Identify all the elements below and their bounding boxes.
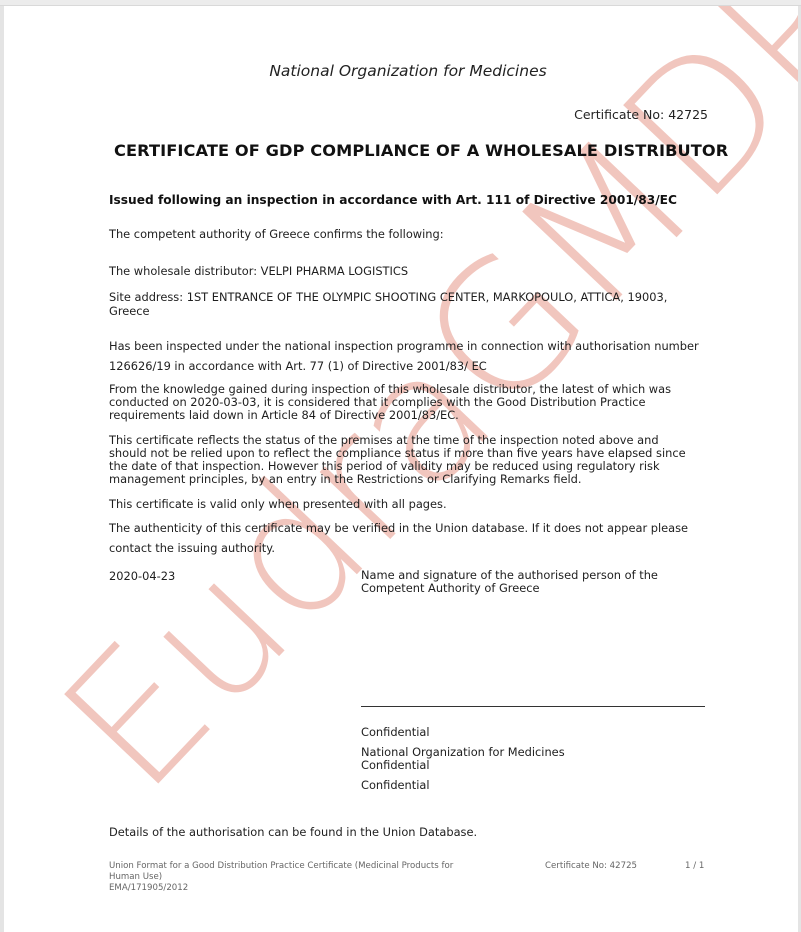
reflects-line-4: management principles, by an entry in th… (109, 472, 582, 486)
signature-confidential-1: Confidential (361, 725, 430, 739)
footer-page-number: 1 / 1 (685, 861, 704, 871)
site-address-line-2: Greece (109, 304, 150, 318)
signature-caption-line-2: Competent Authority of Greece (361, 581, 540, 595)
reflects-line-1: This certificate reflects the status of … (109, 433, 659, 447)
reflects-line-3: the date of that inspection. However thi… (109, 459, 660, 473)
authenticity-line-1: The authenticity of this certificate may… (109, 521, 688, 535)
knowledge-line-1: From the knowledge gained during inspect… (109, 382, 671, 396)
site-address-line-1: Site address: 1ST ENTRANCE OF THE OLYMPI… (109, 290, 667, 304)
footer-format-line-2: Human Use) (109, 872, 162, 882)
certificate-number: Certificate No: 42725 (574, 107, 708, 122)
footer-certificate-number: Certificate No: 42725 (545, 861, 637, 871)
reflects-line-2: should not be relied upon to reflect the… (109, 446, 686, 460)
wholesale-distributor: The wholesale distributor: VELPI PHARMA … (109, 264, 408, 278)
organization-name: National Organization for Medicines (4, 62, 798, 80)
signature-caption-line-1: Name and signature of the authorised per… (361, 568, 658, 582)
authenticity-line-2: contact the issuing authority. (109, 541, 275, 555)
inspected-line-1: Has been inspected under the national in… (109, 339, 699, 353)
inspected-line-2: 126626/19 in accordance with Art. 77 (1)… (109, 359, 487, 373)
signature-confidential-2: Confidential (361, 758, 430, 772)
confirms-statement: The competent authority of Greece confir… (109, 227, 444, 241)
issued-following-heading: Issued following an inspection in accord… (109, 193, 677, 207)
knowledge-line-2: conducted on 2020-03-03, it is considere… (109, 395, 646, 409)
footer-format-line-3: EMA/171905/2012 (109, 883, 188, 893)
knowledge-line-3: requirements laid down in Article 84 of … (109, 408, 459, 422)
signature-organization: National Organization for Medicines (361, 745, 565, 759)
certificate-page: EudraGMDP National Organization for Medi… (4, 6, 798, 932)
footer-format-line-1: Union Format for a Good Distribution Pra… (109, 861, 453, 871)
signature-line (361, 706, 705, 707)
signature-confidential-3: Confidential (361, 778, 430, 792)
certificate-title: CERTIFICATE OF GDP COMPLIANCE OF A WHOLE… (114, 141, 728, 160)
issue-date: 2020-04-23 (109, 569, 175, 583)
valid-only-statement: This certificate is valid only when pres… (109, 497, 447, 511)
authorisation-details: Details of the authorisation can be foun… (109, 825, 477, 839)
